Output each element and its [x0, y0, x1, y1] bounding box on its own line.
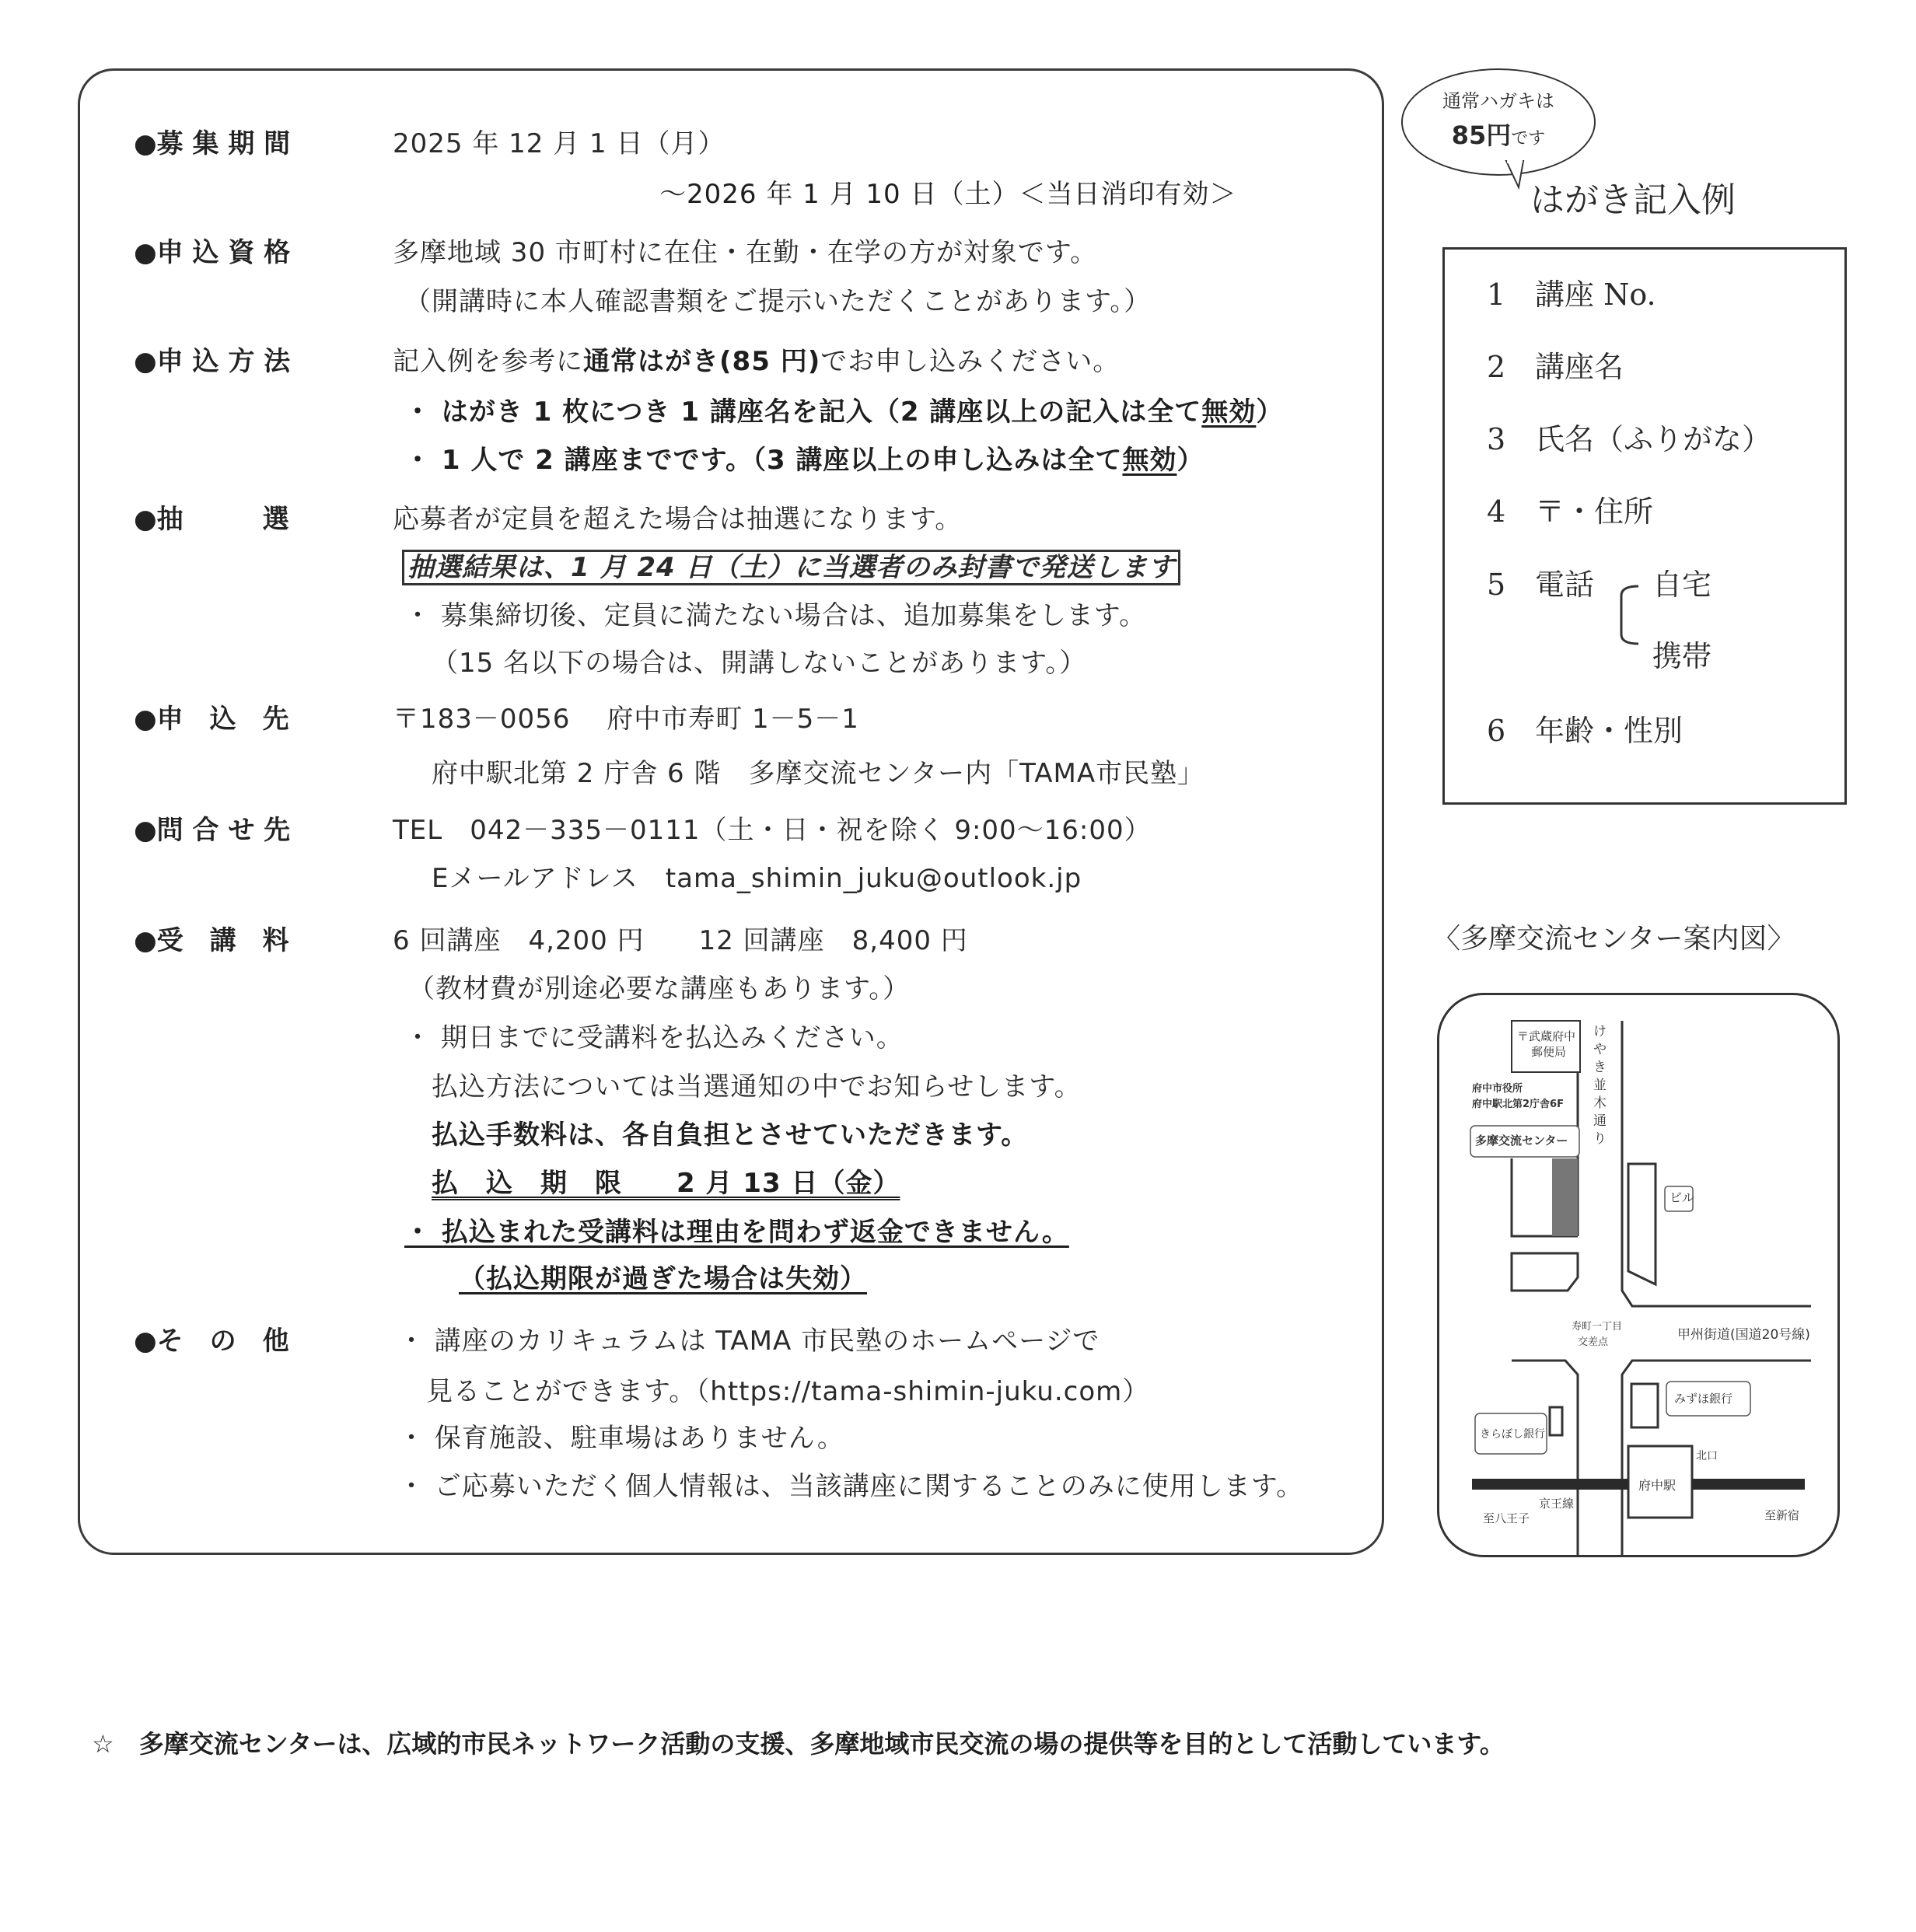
tuition-fees: 6 回講座 4,200 円 12 回講座 8,400 円: [393, 925, 968, 956]
method-rule-2: ・ 1 人で 2 講座までです。（3 講座以上の申し込みは全て無効）: [404, 445, 1204, 476]
rule-2-text: ・ 1 人で 2 講座までです。（3 講座以上の申し込みは全て: [404, 445, 1122, 476]
label-contact: ●問 合 せ 先: [134, 815, 290, 846]
map-keio-line: 京王線: [1539, 1497, 1574, 1511]
label-recruitment-period: ●募 集 期 間: [134, 128, 290, 159]
item-num: 2: [1487, 350, 1535, 384]
expiry-note: （払込期限が過ぎた場合は失効）: [459, 1263, 867, 1294]
map-koshu-kaido: 甲州街道(国道20号線): [1677, 1328, 1810, 1342]
item-text: 〒・住所: [1535, 494, 1653, 529]
item-num: 6: [1487, 714, 1535, 748]
lottery-result-notice: 抽選結果は、1 月 24 日（土）に当選者のみ封書で発送します: [402, 552, 1180, 583]
bracket-icon: [1614, 585, 1645, 647]
item-text: 講座 No.: [1535, 278, 1656, 312]
label-other: ●そ の 他: [134, 1326, 289, 1357]
minimum-participants-note: （15 名以下の場合は、開講しないことがあります。）: [432, 648, 1086, 679]
rule-2-close: ）: [1177, 445, 1204, 476]
rule-1-text: ・ はがき 1 枚につき 1 講座名を記入（2 講座以上の記入は全て: [404, 397, 1201, 428]
map-kiraboshi-bank: きらぼし銀行: [1480, 1427, 1545, 1441]
map-city-office-1: 府中市役所: [1472, 1082, 1523, 1096]
item-text: 年齢・性別: [1535, 714, 1683, 748]
method-suffix: でお申し込みください。: [820, 346, 1120, 377]
additional-recruitment: ・ 募集締切後、定員に満たない場合は、追加募集をします。: [404, 600, 1146, 631]
map-post-office-1: 〒武蔵府中: [1517, 1029, 1575, 1043]
item-num: 1: [1487, 278, 1535, 312]
phone-option-mobile: 携帯: [1652, 639, 1711, 673]
eligibility-text: 多摩地域 30 市町村に在住・在勤・在学の方が対象です。: [393, 237, 1097, 268]
building-address: 府中駅北第 2 庁舎 6 階 多摩交流センター内「TAMA市民塾」: [432, 758, 1204, 789]
postcard-item-5: 5電話: [1487, 568, 1594, 602]
method-rule-1: ・ はがき 1 枚につき 1 講座名を記入（2 講座以上の記入は全て無効）: [404, 397, 1283, 428]
rule-2-invalid: 無効: [1122, 445, 1177, 476]
postcard-item-1: 1講座 No.: [1487, 278, 1656, 312]
bubble-price: 85円: [1452, 121, 1512, 150]
access-map: 〒武蔵府中 郵便局 府中市役所 府中駅北第2庁舎6F 多摩交流センター けやき並…: [1437, 993, 1840, 1557]
map-fuchu-station: 府中駅: [1638, 1479, 1676, 1493]
map-to-shinjuku: 至新宿: [1764, 1508, 1799, 1522]
contact-email: Eメールアドレス tama_shimin_juku@outlook.jp: [432, 863, 1082, 894]
map-north-exit: 北口: [1696, 1449, 1718, 1463]
item-num: 3: [1487, 422, 1535, 456]
map-building: ビル: [1670, 1191, 1694, 1205]
rule-1-close: ）: [1256, 397, 1283, 428]
map-keyaki-street: けやき並木通り: [1593, 1023, 1609, 1148]
no-childcare-parking: ・ 保育施設、駐車場はありません。: [398, 1423, 844, 1454]
application-method-text: 記入例を参考に通常はがき(85 円)でお申し込みください。: [393, 346, 1120, 377]
eligibility-note: （開講時に本人確認書類をご提示いただくことがあります。）: [404, 286, 1151, 317]
label-eligibility: ●申 込 資 格: [134, 237, 290, 268]
bubble-line-2: 85円です: [1403, 116, 1594, 152]
no-refund-notice: ・ 払込まれた受講料は理由を問わず返金できません。: [404, 1217, 1069, 1248]
method-postcard-bold: 通常はがき(85 円): [583, 346, 820, 377]
no-refund-text: ・ 払込まれた受講料は理由を問わず返金できません。: [404, 1217, 1069, 1248]
label-application-address: ●申 込 先: [134, 704, 289, 735]
map-intersection-1: 寿町一丁目: [1572, 1320, 1622, 1334]
payment-deadline: 払 込 期 限 2 月 13 日（金）: [432, 1168, 900, 1199]
item-num: 4: [1487, 494, 1535, 529]
recruitment-end: ～2026 年 1 月 10 日（土）＜当日消印有効＞: [659, 179, 1236, 210]
curriculum-note: ・ 講座のカリキュラムは TAMA 市民塾のホームページで: [398, 1326, 1100, 1357]
method-prefix: 記入例を参考に: [393, 346, 583, 377]
label-application-method: ●申 込 方 法: [134, 346, 290, 377]
payment-fee-note: 払込手数料は、各自負担とさせていただきます。: [432, 1120, 1028, 1151]
map-city-office-2: 府中駅北第2庁舎6F: [1472, 1098, 1564, 1112]
postcard-example-title: はがき記入例: [1530, 180, 1736, 221]
label-lottery: ●抽 選: [134, 504, 289, 535]
postcard-item-6: 6年齢・性別: [1487, 714, 1683, 748]
map-title: 〈多摩交流センター案内図〉: [1432, 922, 1795, 956]
bubble-desu: です: [1511, 129, 1545, 148]
payment-method-note: 払込方法については当選通知の中でお知らせします。: [432, 1071, 1082, 1102]
map-intersection-2: 交差点: [1578, 1336, 1608, 1350]
label-tuition: ●受 講 料: [134, 925, 289, 956]
map-center-label: 多摩交流センター: [1475, 1134, 1568, 1148]
map-post-office-2: 郵便局: [1531, 1045, 1566, 1059]
postcard-item-4: 4〒・住所: [1487, 494, 1653, 529]
map-to-hachioji: 至八王子: [1483, 1511, 1530, 1525]
map-mizuho-bank: みずほ銀行: [1674, 1392, 1732, 1406]
website-note: 見ることができます。（https://tama-shimin-juku.com）: [426, 1376, 1149, 1407]
postcard-price-bubble: 通常ハガキは 85円です: [1401, 68, 1596, 176]
rule-1-invalid: 無効: [1201, 397, 1256, 428]
footer-note: ☆ 多摩交流センターは、広域的市民ネットワーク活動の支援、多摩地域市民交流の場の…: [92, 1724, 1505, 1760]
phone-option-home: 自宅: [1652, 568, 1711, 602]
item-num: 5: [1487, 568, 1535, 602]
item-text: 講座名: [1535, 350, 1624, 384]
payment-instruction: ・ 期日までに受講料を払込みください。: [404, 1022, 904, 1053]
lottery-text: 応募者が定員を超えた場合は抽選になります。: [393, 504, 962, 535]
postcard-item-2: 2講座名: [1487, 350, 1624, 384]
materials-note: （教材費が別途必要な講座もあります。）: [408, 973, 910, 1004]
item-text: 氏名（ふりがな）: [1535, 422, 1771, 456]
recruitment-start: 2025 年 12 月 1 日（月）: [393, 128, 725, 159]
bubble-line-1: 通常ハガキは: [1403, 86, 1594, 113]
postal-address: 〒183－0056 府中市寿町 1－5－1: [393, 704, 859, 735]
privacy-note: ・ ご応募いただく個人情報は、当該講座に関することのみに使用します。: [398, 1471, 1303, 1502]
postcard-item-3: 3氏名（ふりがな）: [1487, 422, 1771, 456]
lottery-result-boxed: 抽選結果は、1 月 24 日（土）に当選者のみ封書で発送します: [402, 550, 1180, 585]
contact-phone: TEL 042－335－0111（土・日・祝を除く 9:00～16:00）: [393, 815, 1152, 846]
item-text: 電話: [1535, 568, 1594, 602]
map-drawing: [1439, 995, 1840, 1557]
